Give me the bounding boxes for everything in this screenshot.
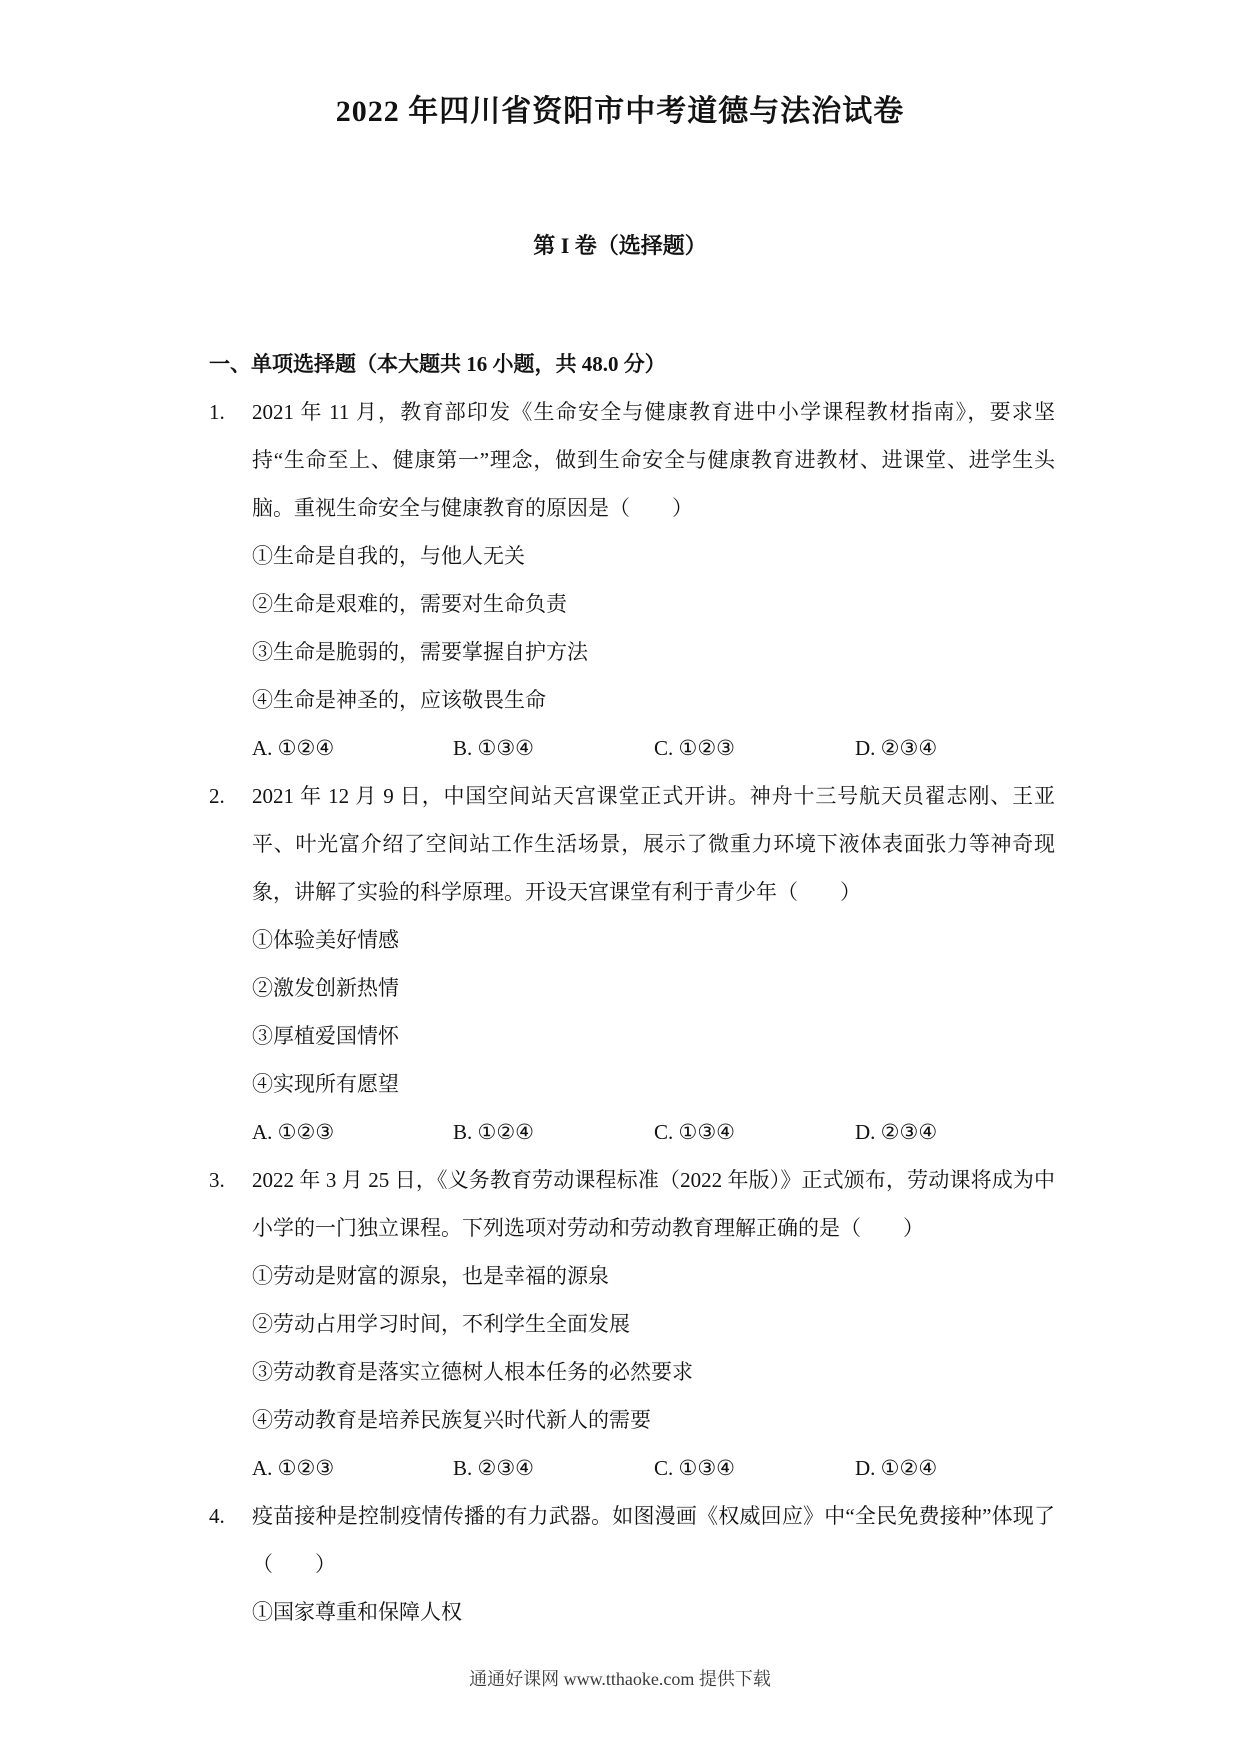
question-item: ③劳动教育是落实立德树人根本任务的必然要求 — [252, 1348, 1055, 1396]
document-title: 2022 年四川省资阳市中考道德与法治试卷 — [0, 0, 1240, 132]
option-a: A. ①②④ — [252, 724, 453, 772]
option-d: D. ②③④ — [855, 724, 937, 772]
option-b: B. ②③④ — [453, 1444, 654, 1492]
watermark-footer: 通通好课网 www.tthaoke.com 提供下载 — [0, 1666, 1240, 1692]
question-number: 1. — [209, 388, 252, 436]
question-number: 3. — [209, 1156, 252, 1204]
question-item: ④劳动教育是培养民族复兴时代新人的需要 — [252, 1396, 1055, 1444]
option-d: D. ②③④ — [855, 1108, 937, 1156]
question-item: ②劳动占用学习时间，不利学生全面发展 — [252, 1300, 1055, 1348]
answer-options: A. ①②③ B. ①②④ C. ①③④ D. ②③④ — [252, 1108, 1055, 1156]
answer-options: A. ①②③ B. ②③④ C. ①③④ D. ①②④ — [252, 1444, 1055, 1492]
question-item: ①体验美好情感 — [252, 916, 1055, 964]
answer-options: A. ①②④ B. ①③④ C. ①②③ D. ②③④ — [252, 724, 1055, 772]
question-2: 2. 2021 年 12 月 9 日，中国空间站天宫课堂正式开讲。神舟十三号航天… — [209, 772, 1055, 1156]
option-c: C. ①②③ — [654, 724, 855, 772]
question-item: ③生命是脆弱的，需要掌握自护方法 — [252, 628, 1055, 676]
question-item: ①国家尊重和保障人权 — [252, 1588, 1055, 1636]
option-b: B. ①②④ — [453, 1108, 654, 1156]
option-d: D. ①②④ — [855, 1444, 937, 1492]
question-stem: 2021 年 11 月，教育部印发《生命安全与健康教育进中小学课程教材指南》，要… — [252, 388, 1055, 532]
question-stem: 2021 年 12 月 9 日，中国空间站天宫课堂正式开讲。神舟十三号航天员翟志… — [252, 772, 1055, 916]
section-heading: 一、单项选择题（本大题共 16 小题，共 48.0 分） — [209, 340, 1055, 388]
option-b: B. ①③④ — [453, 724, 654, 772]
question-item: ①劳动是财富的源泉，也是幸福的源泉 — [252, 1252, 1055, 1300]
question-item: ④生命是神圣的，应该敬畏生命 — [252, 676, 1055, 724]
question-stem: 疫苗接种是控制疫情传播的有力武器。如图漫画《权威回应》中“全民免费接种”体现了（… — [252, 1492, 1055, 1588]
question-4: 4. 疫苗接种是控制疫情传播的有力武器。如图漫画《权威回应》中“全民免费接种”体… — [209, 1492, 1055, 1636]
question-item: ①生命是自我的，与他人无关 — [252, 532, 1055, 580]
option-c: C. ①③④ — [654, 1444, 855, 1492]
volume-title: 第 I 卷（选择题） — [0, 230, 1240, 262]
exam-paper-page: 2022 年四川省资阳市中考道德与法治试卷 第 I 卷（选择题） 一、单项选择题… — [0, 0, 1240, 1754]
question-item: ②生命是艰难的，需要对生命负责 — [252, 580, 1055, 628]
question-stem: 2022 年 3 月 25 日，《义务教育劳动课程标准（2022 年版）》正式颁… — [252, 1156, 1055, 1252]
document-body: 一、单项选择题（本大题共 16 小题，共 48.0 分） 1. 2021 年 1… — [209, 340, 1055, 1636]
option-a: A. ①②③ — [252, 1444, 453, 1492]
question-1: 1. 2021 年 11 月，教育部印发《生命安全与健康教育进中小学课程教材指南… — [209, 388, 1055, 772]
question-item: ④实现所有愿望 — [252, 1060, 1055, 1108]
question-number: 4. — [209, 1492, 252, 1540]
option-c: C. ①③④ — [654, 1108, 855, 1156]
question-item: ③厚植爱国情怀 — [252, 1012, 1055, 1060]
question-number: 2. — [209, 772, 252, 820]
question-item: ②激发创新热情 — [252, 964, 1055, 1012]
question-3: 3. 2022 年 3 月 25 日，《义务教育劳动课程标准（2022 年版）》… — [209, 1156, 1055, 1492]
option-a: A. ①②③ — [252, 1108, 453, 1156]
